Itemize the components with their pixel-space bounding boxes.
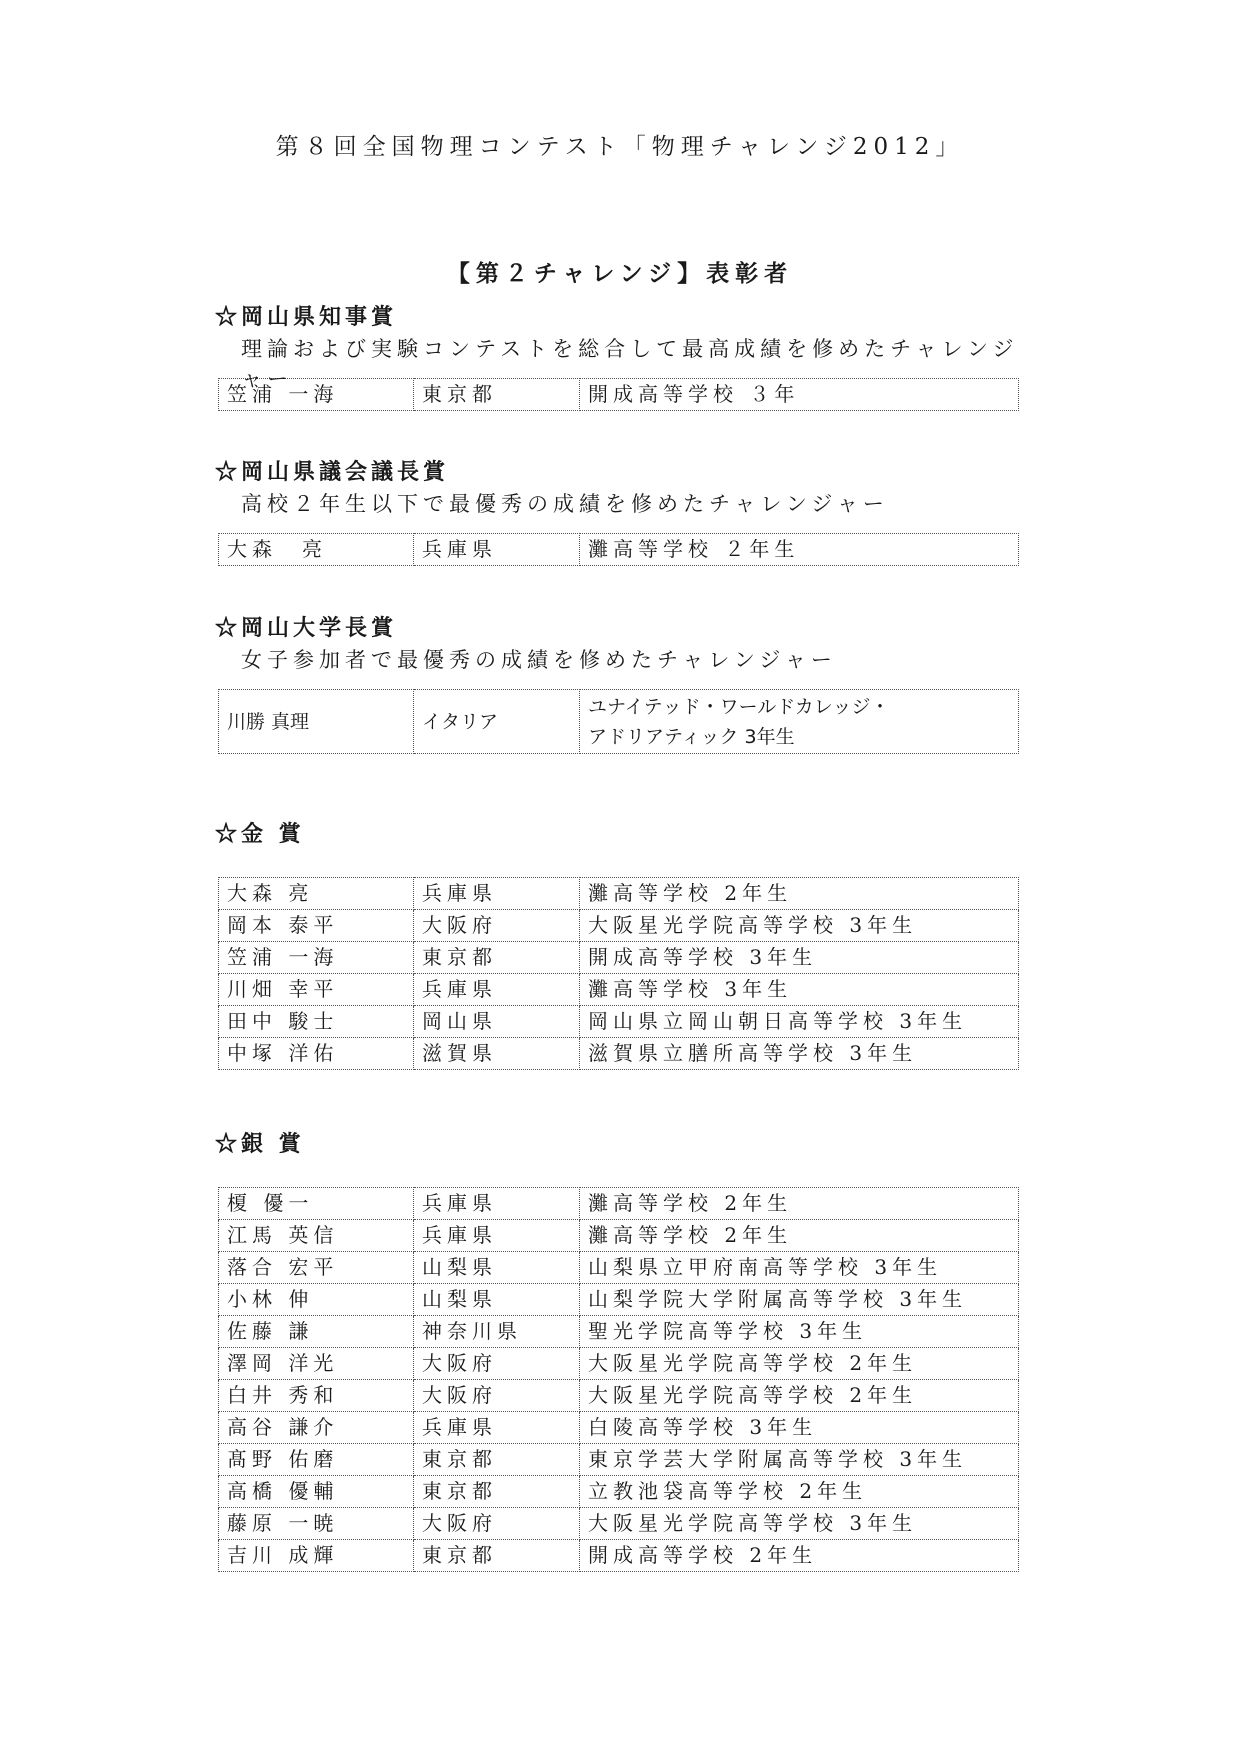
- awardee-prefecture: 兵庫県: [414, 878, 580, 910]
- table-row: 白井 秀和大阪府大阪星光学院高等学校 2年生: [219, 1380, 1019, 1412]
- awardee-school: 大阪星光学院高等学校 3年生: [580, 1508, 1019, 1540]
- section-heading: ☆岡山県知事賞: [215, 300, 1025, 334]
- awardee-name: 笠浦 一海: [219, 379, 414, 411]
- awardee-name: 大森 亮: [219, 534, 414, 566]
- awardee-name: 高谷 謙介: [219, 1412, 414, 1444]
- awardee-school: 白陵高等学校 3年生: [580, 1412, 1019, 1444]
- awardee-school: 灘高等学校 2年生: [580, 1188, 1019, 1220]
- table-row: 大森 亮兵庫県灘高等学校 2年生: [219, 878, 1019, 910]
- section-heading: ☆銀 賞: [215, 1127, 1025, 1161]
- table-row: 田中 駿士岡山県岡山県立岡山朝日高等学校 3年生: [219, 1006, 1019, 1038]
- awardee-name: 川畑 幸平: [219, 974, 414, 1006]
- awardee-prefecture: 兵庫県: [414, 534, 580, 566]
- table-row: 小林 伸山梨県山梨学院大学附属高等学校 3年生: [219, 1284, 1019, 1316]
- section-description: 理論および実験コンテストを総合して最高成績を修めたチャレンジャー: [241, 334, 1025, 368]
- awardee-prefecture: 兵庫県: [414, 1412, 580, 1444]
- awardee-prefecture: 東京都: [414, 1444, 580, 1476]
- awardee-school: 灘高等学校 ２年生: [580, 534, 1019, 566]
- awardee-prefecture: 大阪府: [414, 910, 580, 942]
- awardee-prefecture: 東京都: [414, 1476, 580, 1508]
- awardee-table: 大森 亮兵庫県灘高等学校 2年生 岡本 泰平大阪府大阪星光学院高等学校 3年生 …: [218, 877, 1019, 1070]
- awardee-school: 聖光学院高等学校 3年生: [580, 1316, 1019, 1348]
- awardee-name: 江馬 英信: [219, 1220, 414, 1252]
- table-row: 江馬 英信兵庫県灘高等学校 2年生: [219, 1220, 1019, 1252]
- awardee-prefecture: 兵庫県: [414, 974, 580, 1006]
- awardee-prefecture: 兵庫県: [414, 1220, 580, 1252]
- table-row: 佐藤 謙神奈川県聖光学院高等学校 3年生: [219, 1316, 1019, 1348]
- awardee-school: 灘高等学校 3年生: [580, 974, 1019, 1006]
- awardee-table: 笠浦 一海 東京都 開成高等学校 ３年: [218, 378, 1019, 411]
- section-description: 高校２年生以下で最優秀の成績を修めたチャレンジャー: [241, 489, 1025, 523]
- awardee-name: 落合 宏平: [219, 1252, 414, 1284]
- awardee-name: 高橋 優輔: [219, 1476, 414, 1508]
- awardee-school: 山梨県立甲府南高等学校 3年生: [580, 1252, 1019, 1284]
- awardee-name: 榎 優一: [219, 1188, 414, 1220]
- awardee-name: 中塚 洋佑: [219, 1038, 414, 1070]
- awardee-name: 藤原 一暁: [219, 1508, 414, 1540]
- awardee-school-line2: アドリアティック 3年生: [588, 722, 1018, 752]
- awardee-prefecture: 東京都: [414, 942, 580, 974]
- table-row: 笠浦 一海東京都開成高等学校 3年生: [219, 942, 1019, 974]
- table-row: 川勝 真理 イタリア ユナイテッド・ワールドカレッジ・ アドリアティック 3年生: [219, 690, 1019, 754]
- section-university-president-award: ☆岡山大学長賞 女子参加者で最優秀の成績を修めたチャレンジャー 川勝 真理 イタ…: [215, 611, 1025, 754]
- table-row: 藤原 一暁大阪府大阪星光学院高等学校 3年生: [219, 1508, 1019, 1540]
- section-heading: ☆金 賞: [215, 817, 1025, 851]
- awardee-name: 笠浦 一海: [219, 942, 414, 974]
- awardee-school: 灘高等学校 2年生: [580, 1220, 1019, 1252]
- awardee-prefecture: 大阪府: [414, 1348, 580, 1380]
- table-row: 笠浦 一海 東京都 開成高等学校 ３年: [219, 379, 1019, 411]
- awardee-prefecture: 山梨県: [414, 1284, 580, 1316]
- table-row: 髙野 佑磨東京都東京学芸大学附属高等学校 3年生: [219, 1444, 1019, 1476]
- table-row: 高橋 優輔東京都立教池袋高等学校 2年生: [219, 1476, 1019, 1508]
- awardee-school: 大阪星光学院高等学校 2年生: [580, 1380, 1019, 1412]
- awardee-name: 岡本 泰平: [219, 910, 414, 942]
- table-row: 大森 亮 兵庫県 灘高等学校 ２年生: [219, 534, 1019, 566]
- table-row: 榎 優一兵庫県灘高等学校 2年生: [219, 1188, 1019, 1220]
- table-row: 高谷 謙介兵庫県白陵高等学校 3年生: [219, 1412, 1019, 1444]
- table-row: 岡本 泰平大阪府大阪星光学院高等学校 3年生: [219, 910, 1019, 942]
- table-row: 澤岡 洋光大阪府大阪星光学院高等学校 2年生: [219, 1348, 1019, 1380]
- table-row: 吉川 成輝東京都開成高等学校 2年生: [219, 1540, 1019, 1572]
- section-gold-award: ☆金 賞 大森 亮兵庫県灘高等学校 2年生 岡本 泰平大阪府大阪星光学院高等学校…: [215, 817, 1025, 1070]
- awardee-prefecture: 東京都: [414, 379, 580, 411]
- awardee-school: 灘高等学校 2年生: [580, 878, 1019, 910]
- awardee-name: 小林 伸: [219, 1284, 414, 1316]
- awardee-prefecture: 神奈川県: [414, 1316, 580, 1348]
- awardee-name: 白井 秀和: [219, 1380, 414, 1412]
- awardee-school: 大阪星光学院高等学校 3年生: [580, 910, 1019, 942]
- awardee-prefecture: イタリア: [414, 690, 580, 754]
- section-heading: ☆岡山大学長賞: [215, 611, 1025, 645]
- awardee-prefecture: 山梨県: [414, 1252, 580, 1284]
- awardee-name: 大森 亮: [219, 878, 414, 910]
- awardee-name: 澤岡 洋光: [219, 1348, 414, 1380]
- awardee-school: 山梨学院大学附属高等学校 3年生: [580, 1284, 1019, 1316]
- awardee-school: 大阪星光学院高等学校 2年生: [580, 1348, 1019, 1380]
- awardee-table: 川勝 真理 イタリア ユナイテッド・ワールドカレッジ・ アドリアティック 3年生: [218, 689, 1019, 754]
- table-row: 川畑 幸平兵庫県灘高等学校 3年生: [219, 974, 1019, 1006]
- awardee-name: 田中 駿士: [219, 1006, 414, 1038]
- section-assembly-chair-award: ☆岡山県議会議長賞 高校２年生以下で最優秀の成績を修めたチャレンジャー 大森 亮…: [215, 455, 1025, 566]
- awardee-school-line1: ユナイテッド・ワールドカレッジ・: [588, 692, 1018, 722]
- awardee-school: ユナイテッド・ワールドカレッジ・ アドリアティック 3年生: [580, 690, 1019, 754]
- awardee-name: 吉川 成輝: [219, 1540, 414, 1572]
- section-governor-award: ☆岡山県知事賞 理論および実験コンテストを総合して最高成績を修めたチャレンジャー…: [215, 300, 1025, 411]
- document-subtitle: 【第２チャレンジ】表彰者: [0, 255, 1240, 288]
- awardee-school: 東京学芸大学附属高等学校 3年生: [580, 1444, 1019, 1476]
- awardee-school: 立教池袋高等学校 2年生: [580, 1476, 1019, 1508]
- section-description: 女子参加者で最優秀の成績を修めたチャレンジャー: [241, 645, 1025, 679]
- section-silver-award: ☆銀 賞 榎 優一兵庫県灘高等学校 2年生 江馬 英信兵庫県灘高等学校 2年生 …: [215, 1127, 1025, 1572]
- awardee-prefecture: 滋賀県: [414, 1038, 580, 1070]
- awardee-school: 開成高等学校 2年生: [580, 1540, 1019, 1572]
- awardee-school: 岡山県立岡山朝日高等学校 3年生: [580, 1006, 1019, 1038]
- awardee-prefecture: 大阪府: [414, 1508, 580, 1540]
- table-row: 中塚 洋佑滋賀県滋賀県立膳所高等学校 3年生: [219, 1038, 1019, 1070]
- awardee-name: 川勝 真理: [219, 690, 414, 754]
- section-heading: ☆岡山県議会議長賞: [215, 455, 1025, 489]
- awardee-prefecture: 兵庫県: [414, 1188, 580, 1220]
- awardee-school: 開成高等学校 ３年: [580, 379, 1019, 411]
- awardee-table: 榎 優一兵庫県灘高等学校 2年生 江馬 英信兵庫県灘高等学校 2年生 落合 宏平…: [218, 1187, 1019, 1572]
- awardee-prefecture: 岡山県: [414, 1006, 580, 1038]
- awardee-name: 髙野 佑磨: [219, 1444, 414, 1476]
- awardee-school: 滋賀県立膳所高等学校 3年生: [580, 1038, 1019, 1070]
- table-row: 落合 宏平山梨県山梨県立甲府南高等学校 3年生: [219, 1252, 1019, 1284]
- document-title: 第８回全国物理コンテスト「物理チャレンジ2012」: [0, 128, 1240, 161]
- awardee-prefecture: 大阪府: [414, 1380, 580, 1412]
- awardee-prefecture: 東京都: [414, 1540, 580, 1572]
- awardee-table: 大森 亮 兵庫県 灘高等学校 ２年生: [218, 533, 1019, 566]
- awardee-school: 開成高等学校 3年生: [580, 942, 1019, 974]
- awardee-name: 佐藤 謙: [219, 1316, 414, 1348]
